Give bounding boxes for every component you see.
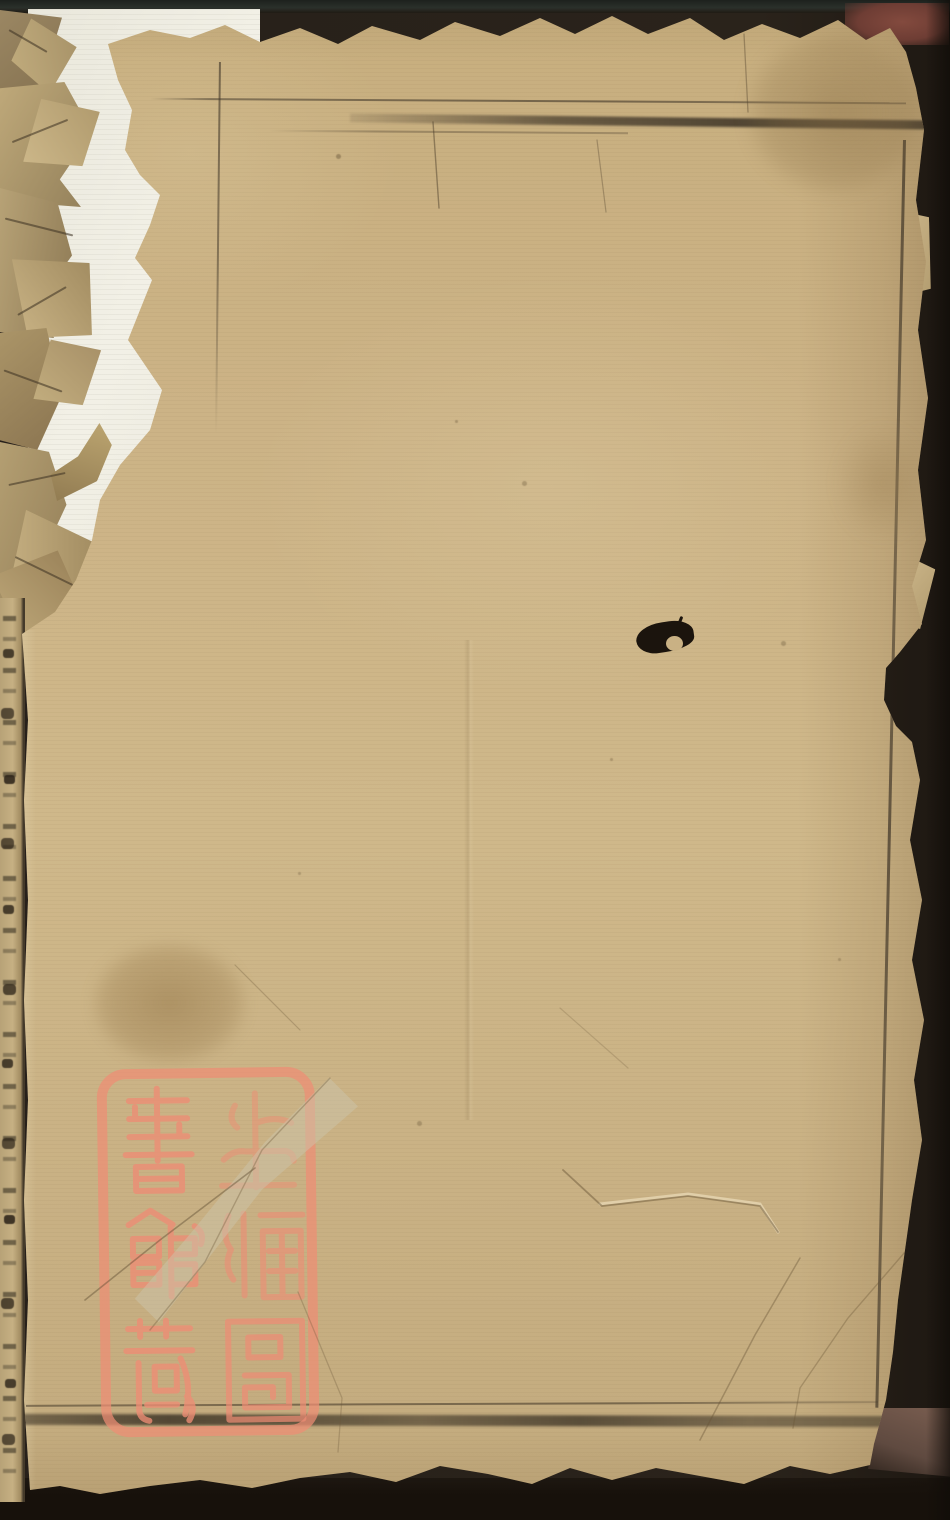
adjacent-page-text-marks xyxy=(3,616,16,1476)
cover-right-band xyxy=(926,0,950,1520)
book-page-scan: 上海圖書館藏 xyxy=(0,0,950,1520)
adjacent-page-text-strip xyxy=(0,598,25,1502)
adjacent-page-glyphs xyxy=(0,598,9,605)
